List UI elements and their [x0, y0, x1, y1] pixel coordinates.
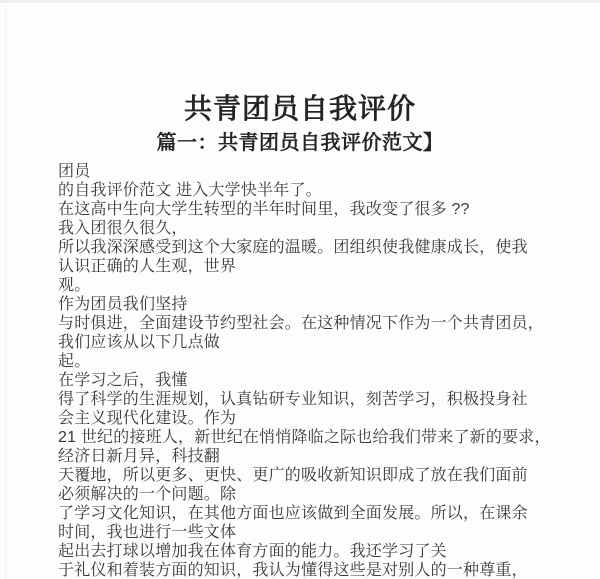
text-line: 会主义现代化建设。作为: [58, 409, 558, 428]
text-line: 的自我评价范文 进入大学快半年了。: [58, 181, 558, 200]
text-line: 在这高中生向大学生转型的半年时间里，我改变了很多 ??: [58, 200, 558, 219]
text-line: 天覆地，所以更多、更快、更广的吸收新知识即成了放在我们面前: [58, 466, 558, 485]
text-line: 21 世纪的接班人，新世纪在悄悄降临之际也给我们带来了新的要求，: [58, 428, 558, 447]
scan-top-edge-line: [0, 0, 600, 3]
text-line: 必须解决的一个问题。除: [58, 485, 558, 504]
text-line: 作为团员我们坚持: [58, 295, 558, 314]
document-title: 共青团员自我评价: [0, 92, 600, 126]
scan-left-seam-line: [5, 0, 6, 579]
text-line: 认识正确的人生观，世界: [58, 257, 558, 276]
text-line: 了学习文化知识，在其他方面也应该做到全面发展。所以，在课余: [58, 504, 558, 523]
text-line: 得了科学的生涯规划，认真钻研专业知识，刻苦学习，积极投身社: [58, 390, 558, 409]
text-line: 团员: [58, 162, 558, 181]
text-line: 观。: [58, 276, 558, 295]
text-line: 时间，我也进行一些文体: [58, 523, 558, 542]
text-line: 经济日新月异，科技翻: [58, 447, 558, 466]
text-line: 于礼仪和着装方面的知识，我认为懂得这些是对别人的一种尊重，: [58, 561, 558, 579]
document-page: 共青团员自我评价 篇一：共青团员自我评价范文】 团员的自我评价范文 进入大学快半…: [0, 0, 600, 579]
text-line: 起出去打球以增加我在体育方面的能力。我还学习了关: [58, 542, 558, 561]
text-line: 所以我深深感受到这个大家庭的温暖。团组织使我健康成长，使我: [58, 238, 558, 257]
document-body: 团员的自我评价范文 进入大学快半年了。在这高中生向大学生转型的半年时间里，我改变…: [58, 162, 558, 579]
text-line: 我入团很久很久，: [58, 219, 558, 238]
text-line: 与时俱进，全面建设节约型社会。在这种情况下作为一个共青团员，: [58, 314, 558, 333]
document-subtitle: 篇一：共青团员自我评价范文】: [0, 131, 600, 155]
text-line: 我们应该从以下几点做: [58, 333, 558, 352]
text-line: 在学习之后，我懂: [58, 371, 558, 390]
text-line: 起。: [58, 352, 558, 371]
